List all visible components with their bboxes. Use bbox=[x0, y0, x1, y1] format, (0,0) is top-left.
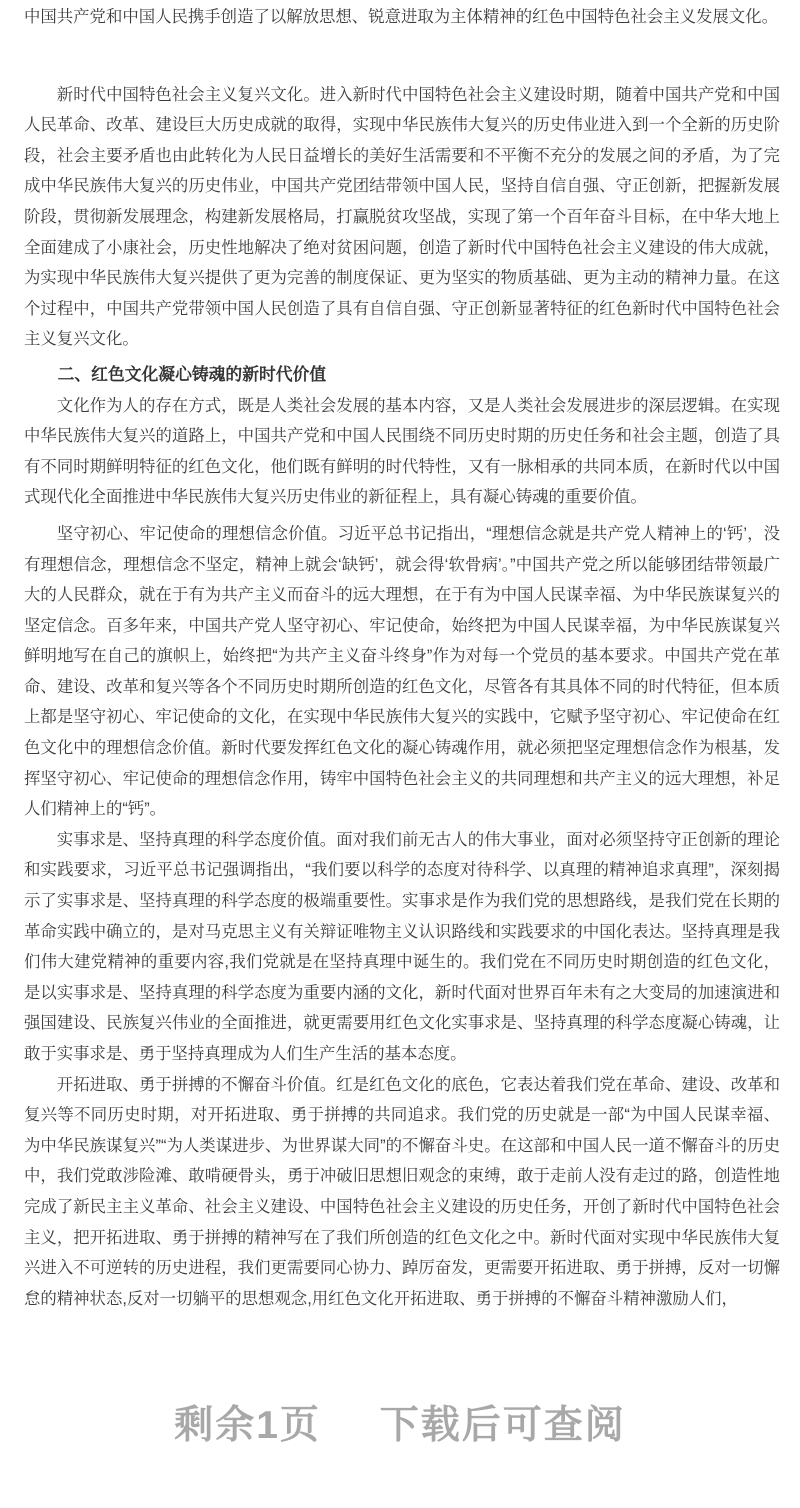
document-content: 中国共产党和中国人民携手创造了以解放思想、锐意进取为主体精神的红色中国特色社会主… bbox=[0, 0, 800, 1314]
paragraph-ideal-belief-value: 坚守初心、牢记使命的理想信念价值。习近平总书记指出，“理想信念就是共产党人精神上… bbox=[24, 519, 780, 825]
paragraph-culture-foundation: 文化作为人的存在方式，既是人类社会发展的基本内容，又是人类社会发展进步的深层逻辑… bbox=[24, 391, 780, 513]
paragraph-scientific-attitude-value: 实事求是、坚持真理的科学态度价值。面对我们前无古人的伟大事业，面对必须坚持守正创… bbox=[24, 825, 780, 1070]
document-page: 中国共产党和中国人民携手创造了以解放思想、锐意进取为主体精神的红色中国特色社会主… bbox=[0, 0, 800, 1508]
section-heading: 二、红色文化凝心铸魂的新时代价值 bbox=[24, 360, 780, 391]
continuation-line: 中国共产党和中国人民携手创造了以解放思想、锐意进取为主体精神的红色中国特色社会主… bbox=[24, 2, 780, 33]
download-hint-label: 下载后可查阅 bbox=[380, 1404, 626, 1447]
remaining-pages-label: 剩余1页 bbox=[174, 1404, 321, 1447]
paragraph-new-era-revival-culture: 新时代中国特色社会主义复兴文化。进入新时代中国特色社会主义建设时期，随着中国共产… bbox=[24, 80, 780, 355]
paragraph-striving-value: 开拓进取、勇于拼搏的不懈奋斗价值。红是红色文化的底色，它表达着我们党在革命、建设… bbox=[24, 1070, 780, 1315]
preview-footer: 剩余1页 下载后可查阅 bbox=[0, 1403, 800, 1449]
